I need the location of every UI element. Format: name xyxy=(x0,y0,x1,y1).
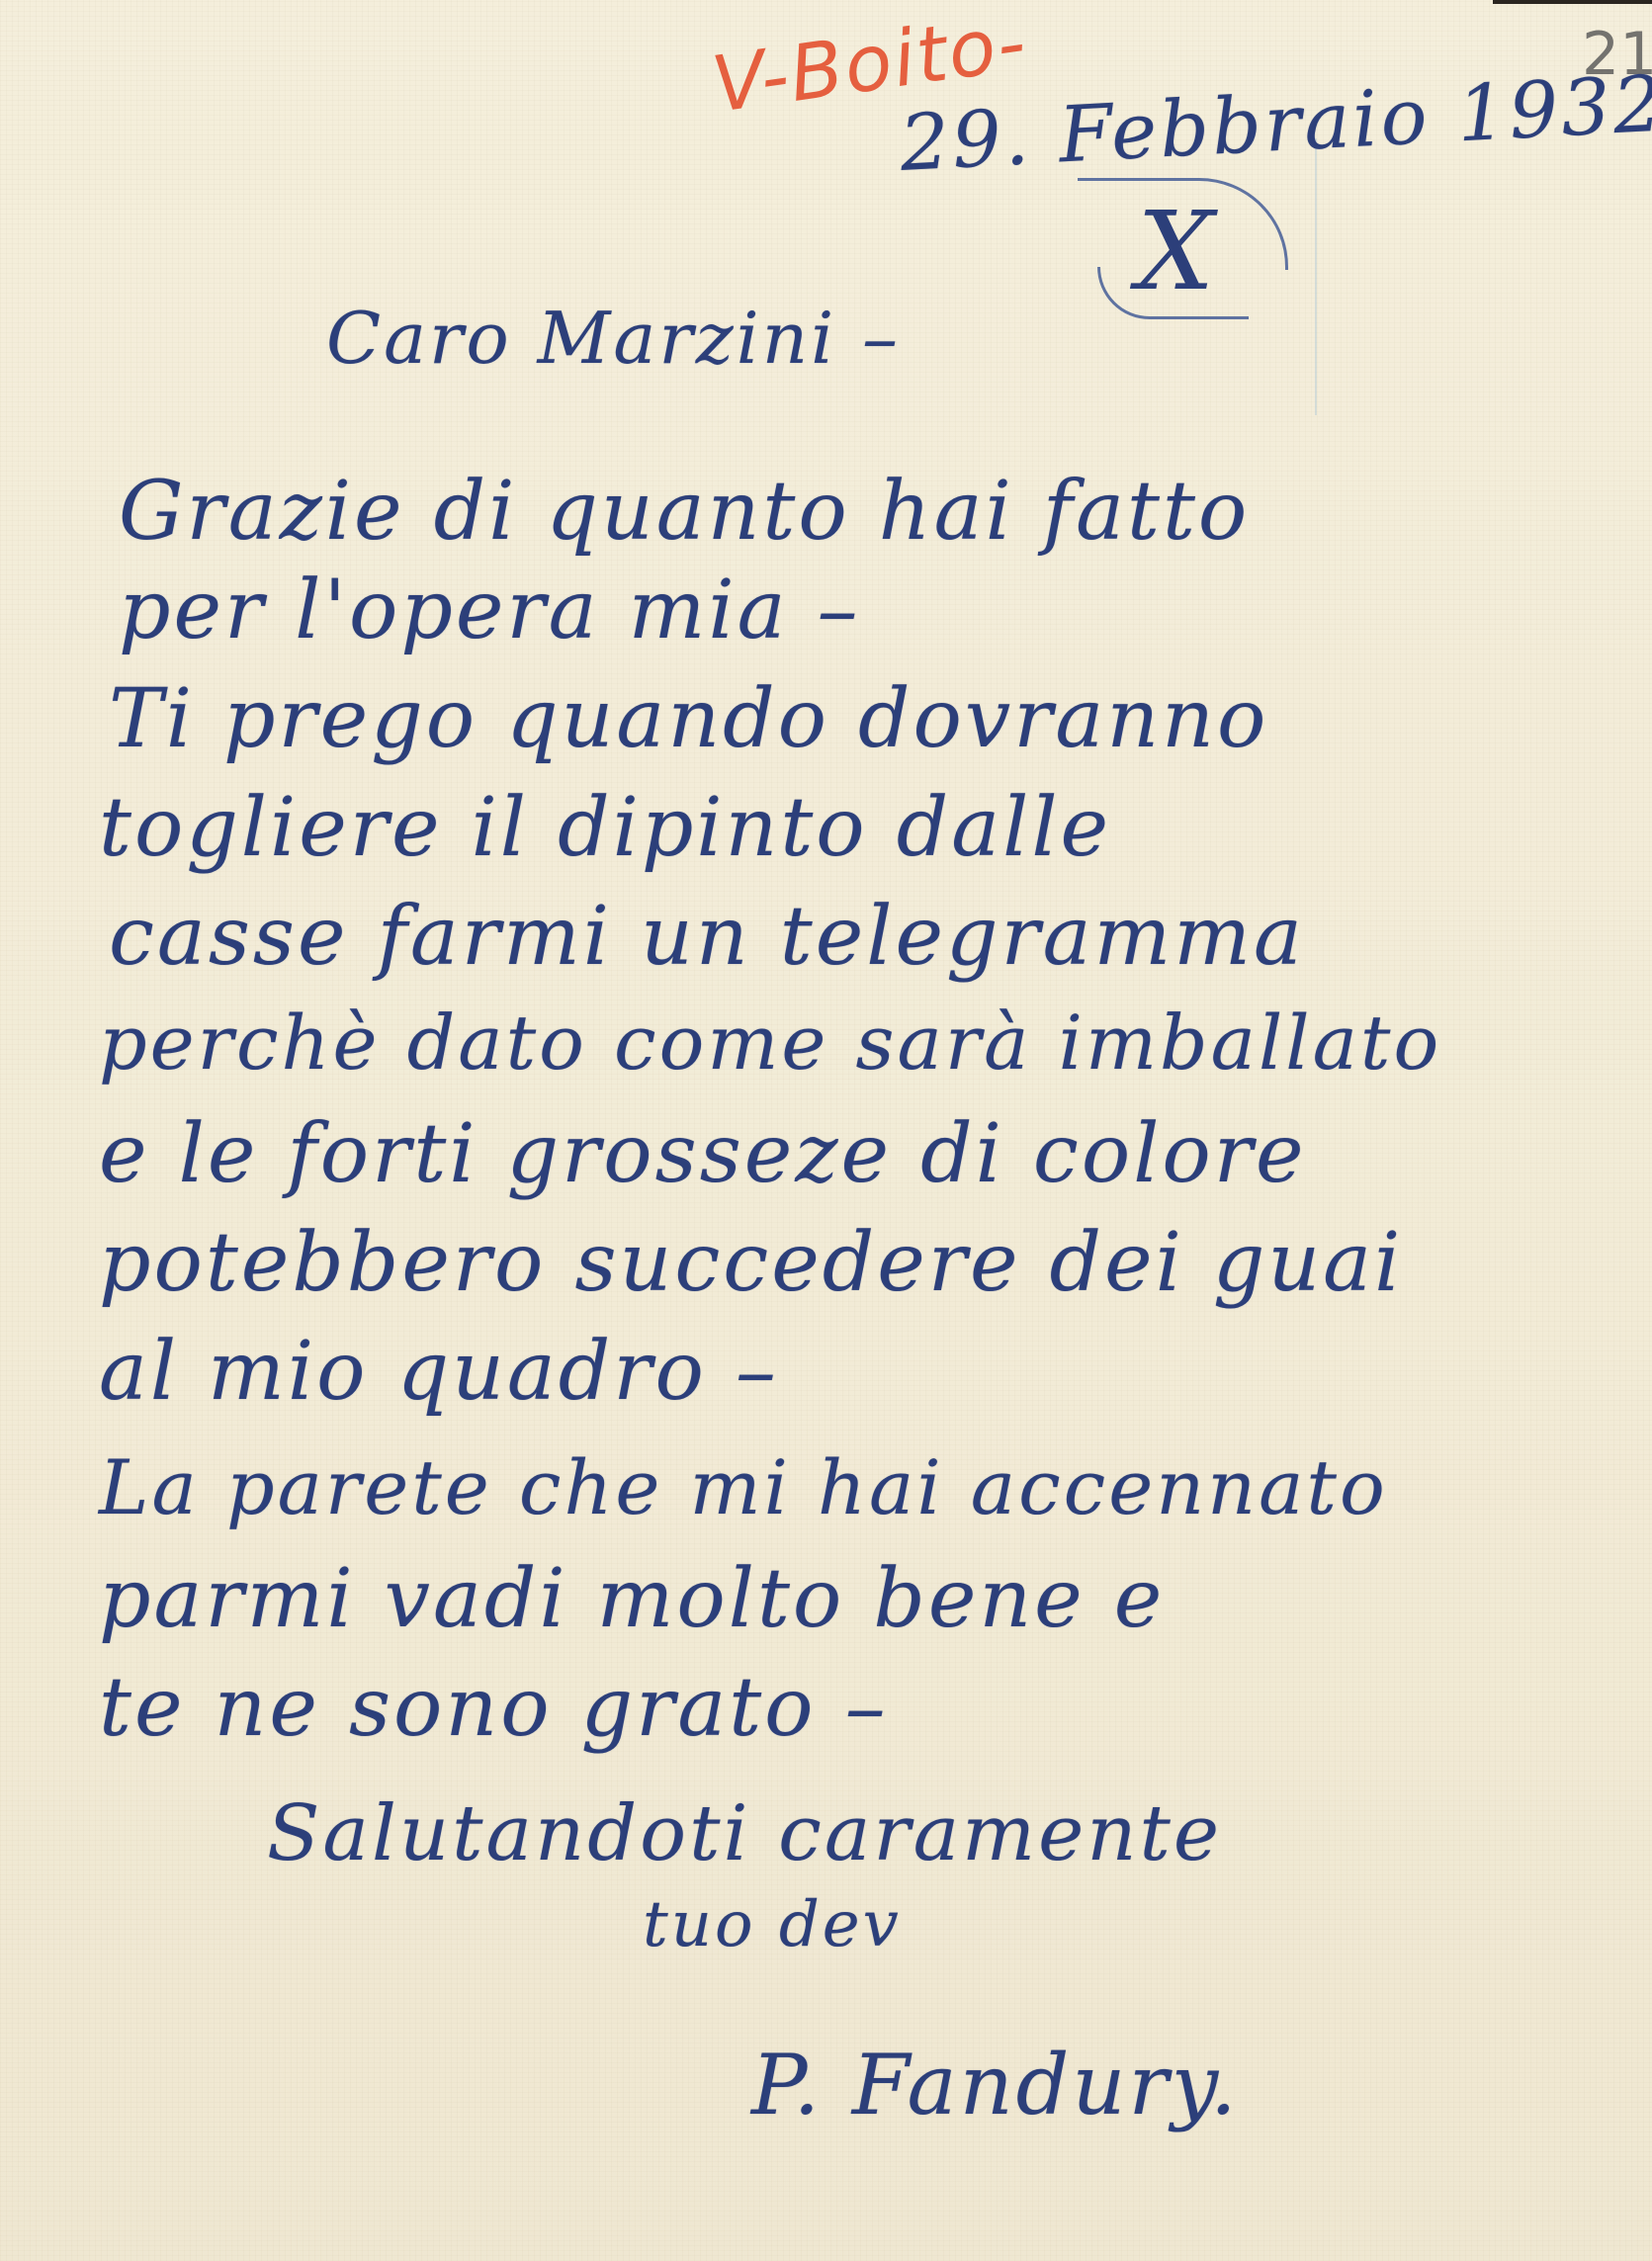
body-line-5: casse farmi un telegramma xyxy=(109,890,1305,984)
body-line-9: al mio quadro – xyxy=(99,1325,779,1419)
body-line-12: te ne sono grato – xyxy=(99,1661,889,1755)
body-line-4: togliere il dipinto dalle xyxy=(99,781,1111,875)
letter-closing: Salutandoti caramente xyxy=(267,1789,1222,1878)
body-line-2: per l'opera mia – xyxy=(119,564,861,657)
letter-salutation: Caro Marzini – xyxy=(326,297,901,380)
body-line-10: La parete che mi hai accennato xyxy=(99,1443,1388,1531)
scan-edge xyxy=(1493,0,1652,4)
body-line-7: e le forti grosseze di colore xyxy=(99,1107,1307,1201)
body-line-6: perchè dato come sarà imballato xyxy=(99,999,1441,1087)
letter-signature: P. Fandury. xyxy=(751,2037,1240,2133)
letter-closing-line2: tuo dev xyxy=(643,1888,902,1961)
body-line-11: parmi vadi molto bene e xyxy=(99,1552,1165,1646)
body-line-3: Ti prego quando dovranno xyxy=(109,672,1268,766)
paper-fold-line xyxy=(1315,138,1317,415)
body-line-8: potebbero succedere dei guai xyxy=(99,1216,1403,1310)
body-line-1: Grazie di quanto hai fatto xyxy=(119,465,1250,559)
